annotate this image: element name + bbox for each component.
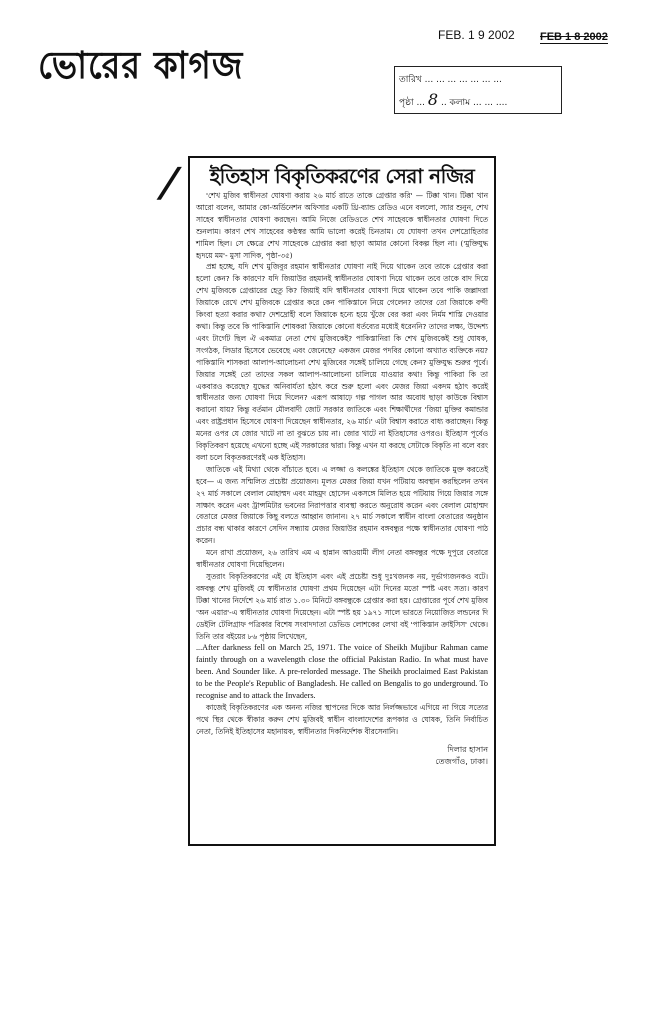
paragraph: প্রশ্ন হচ্ছে, যদি শেখ মুজিবুর রহমান স্বা…	[196, 261, 488, 463]
date-stamp-2: FEB 1 8 2002	[540, 31, 608, 44]
stamp-date-row: তারিখ ... ... ... ... ... ... ...	[399, 70, 557, 90]
handwritten-page-number: 8	[428, 90, 438, 109]
article-title: ইতিহাস বিকৃতিকরণের সেরা নজির	[196, 162, 488, 190]
archive-stamp-box: তারিখ ... ... ... ... ... ... ... পৃষ্ঠা…	[394, 66, 562, 114]
article-body: 'শেখ মুজিব স্বাধীনতা ঘোষণা করায় ২৬ মার্…	[196, 190, 488, 768]
newspaper-masthead: ভোরের কাগজ	[38, 37, 243, 100]
paragraph: মনে রাখা প্রয়োজন, ২৬ তারিখ এম এ হান্নান…	[196, 547, 488, 571]
byline: দিলার হাসান তেজগাঁও, ঢাকা।	[196, 744, 488, 768]
article-clipping: ইতিহাস বিকৃতিকরণের সেরা নজির 'শেখ মুজিব …	[188, 156, 496, 846]
margin-mark: /	[155, 160, 185, 206]
date-stamp-1: FEB. 1 9 2002	[438, 28, 515, 42]
stamp-page-row: পৃষ্ঠা ... 8 .. কলাম ... ... ....	[399, 90, 557, 113]
author-name: দিলার হাসান	[196, 744, 488, 756]
author-location: তেজগাঁও, ঢাকা।	[196, 756, 488, 768]
stamp-column-label: .. কলাম ... ... ....	[441, 98, 507, 108]
stamp-page-label: পৃষ্ঠা ...	[399, 98, 425, 108]
paragraph: জাতিকে এই মিথ্যা থেকে বাঁচাতে হবে। এ লজ্…	[196, 464, 488, 547]
closing-paragraph: কাজেই বিকৃতিকরণের এক অনন্য নজির স্থাপনের…	[196, 702, 488, 738]
paragraph: সুতরাং বিকৃতিকরণের এই যে ইতিহাস এবং এই প…	[196, 571, 488, 642]
english-quote: ...After darkness fell on March 25, 1971…	[196, 642, 488, 702]
paragraph: 'শেখ মুজিব স্বাধীনতা ঘোষণা করায় ২৬ মার্…	[196, 190, 488, 261]
